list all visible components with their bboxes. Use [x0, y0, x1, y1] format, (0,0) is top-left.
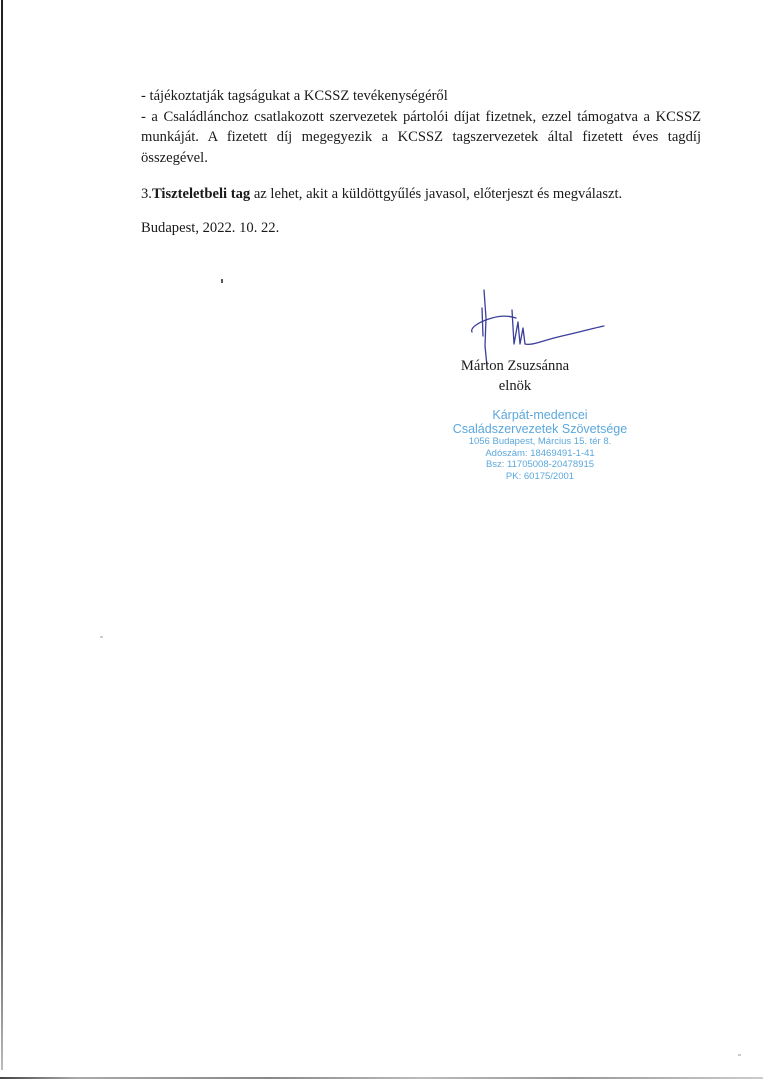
- section-3-number: 3.: [141, 186, 152, 202]
- document-body: - tájékoztatják tagságukat a KCSSZ tevék…: [141, 86, 701, 168]
- organization-stamp: Kárpát-medencei Családszervezetek Szövet…: [430, 408, 650, 482]
- section-3-term: Tiszteletbeli tag: [152, 186, 250, 202]
- signer-title: elnök: [440, 376, 590, 396]
- bullet-item-2: - a Családlánchoz csatlakozott szervezet…: [141, 107, 701, 169]
- section-3-text: az lehet, akit a küldöttgyűlés javasol, …: [250, 186, 622, 202]
- stamp-address: 1056 Budapest, Március 15. tér 8.: [430, 436, 650, 448]
- signer-name: Márton Zsuzsánna: [440, 356, 590, 376]
- signer-block: Márton Zsuzsánna elnök: [440, 356, 590, 396]
- section-3-paragraph: 3.Tiszteletbeli tag az lehet, akit a kül…: [141, 184, 622, 204]
- scan-speck: [738, 1054, 741, 1056]
- scan-speck: [221, 279, 223, 283]
- bullet-item-1: - tájékoztatják tagságukat a KCSSZ tevék…: [141, 86, 701, 107]
- stamp-line-2: Családszervezetek Szövetsége: [430, 422, 650, 436]
- stamp-line-1: Kárpát-medencei: [430, 408, 650, 422]
- scan-edge-bottom: [0, 1077, 763, 1079]
- scan-speck: [100, 636, 103, 638]
- stamp-tax-number: Adószám: 18469491-1-41: [430, 448, 650, 460]
- place-date: Budapest, 2022. 10. 22.: [141, 218, 279, 238]
- scan-edge-left-top: [2, 0, 3, 90]
- scan-edge-left: [1, 0, 3, 1070]
- stamp-registration: PK: 60175/2001: [430, 471, 650, 483]
- stamp-bank-account: Bsz: 11705008-20478915: [430, 459, 650, 471]
